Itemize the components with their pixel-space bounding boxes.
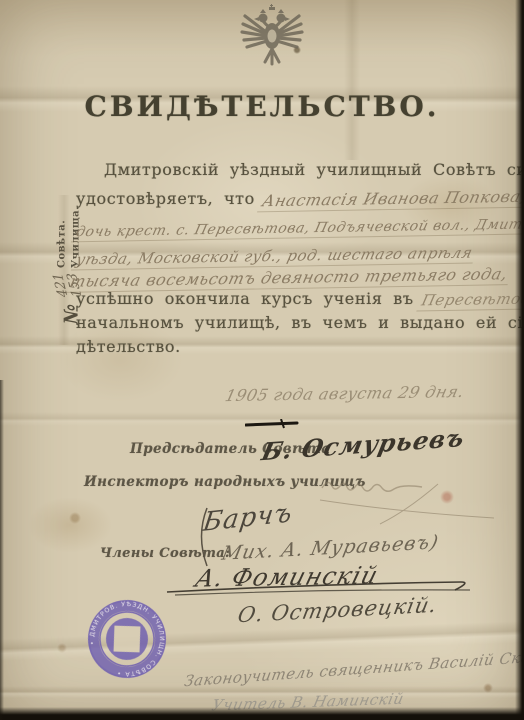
body-line-7: начальномъ училищѣ, въ чемъ и выдано ей …: [76, 313, 524, 332]
religion-teacher-handwritten: Законоучитель священникъ Василій Скворцо…: [183, 644, 524, 691]
member-signature-1-text: Мих. А. Муравьевъ): [220, 531, 441, 565]
body-line-3: дочь крест. с. Пересвѣтова, Подъячевской…: [74, 217, 524, 238]
body-line-2-printed: удостовѣряетъ, что: [76, 189, 255, 208]
members-brace: [194, 506, 210, 568]
inspector-signature-scribble: [318, 470, 508, 525]
imperial-double-headed-eagle-icon: [239, 4, 305, 68]
body-line-1: Дмитровскій уѣздный училищный Совѣтъ сим…: [104, 160, 524, 179]
body-line-6: успѣшно окончила курсъ ученія въ Пересвѣ…: [76, 289, 524, 310]
crease-line: [344, 0, 360, 160]
pupil-name-handwritten: Анастасія Иванова Попкова,: [257, 187, 524, 213]
certificate-document: СВИДѢТЕЛЬСТВО. № 421 Совѣта. 153 Училища…: [0, 0, 524, 720]
body-line-6-printed: успѣшно окончила курсъ ученія въ: [76, 289, 414, 308]
school-name-handwritten: Пересвѣтовскомъ: [416, 289, 524, 312]
member-signature-1: Мих. А. Муравьевъ): [222, 537, 439, 559]
body-line-4: уѣзда, Московской губ., род. шестаго апр…: [74, 246, 474, 267]
flourish-signature-text: Барчъ: [201, 498, 295, 538]
origin-handwritten: дочь крест. с. Пересвѣтова, Подъячевской…: [71, 216, 524, 243]
chairman-signature: Б. Осмурьевъ: [262, 430, 465, 459]
council-label: Совѣта.: [56, 220, 69, 268]
body-line-8: дѣтельство.: [76, 337, 181, 356]
body-line-5: тысяча восемьсотъ девяносто третьяго год…: [68, 268, 509, 289]
footer-line-2: Учитель В. Наминскій: [212, 692, 404, 711]
date-line-handwritten: 1905 года августа 29 дня.: [226, 384, 464, 403]
teacher-handwritten: Учитель В. Наминскій: [210, 690, 406, 715]
members-label: Члены Совѣта:: [100, 546, 230, 561]
body-line-2: удостовѣряетъ, что Анастасія Иванова Поп…: [76, 189, 524, 210]
member-signature-3: О. Островецкій.: [238, 598, 437, 622]
chairman-signature-text: Б. Осмурьевъ: [259, 423, 468, 467]
member-signature-3-text: О. Островецкій.: [236, 593, 440, 628]
frame-edge-left: [0, 380, 4, 720]
official-round-stamp: • ДМИТРОВ. УѢЗДН. УЧИЛИЩН. СОВѢТА •: [80, 592, 175, 687]
flourish-signature: Барчъ: [203, 503, 293, 533]
footer-line-1: Законоучитель священникъ Василій Скворцо…: [184, 657, 524, 676]
date-text: 1905 года августа 29 дня.: [223, 382, 466, 405]
page-title: СВИДѢТЕЛЬСТВО.: [0, 90, 524, 123]
ink-dash-mark: [245, 419, 299, 429]
